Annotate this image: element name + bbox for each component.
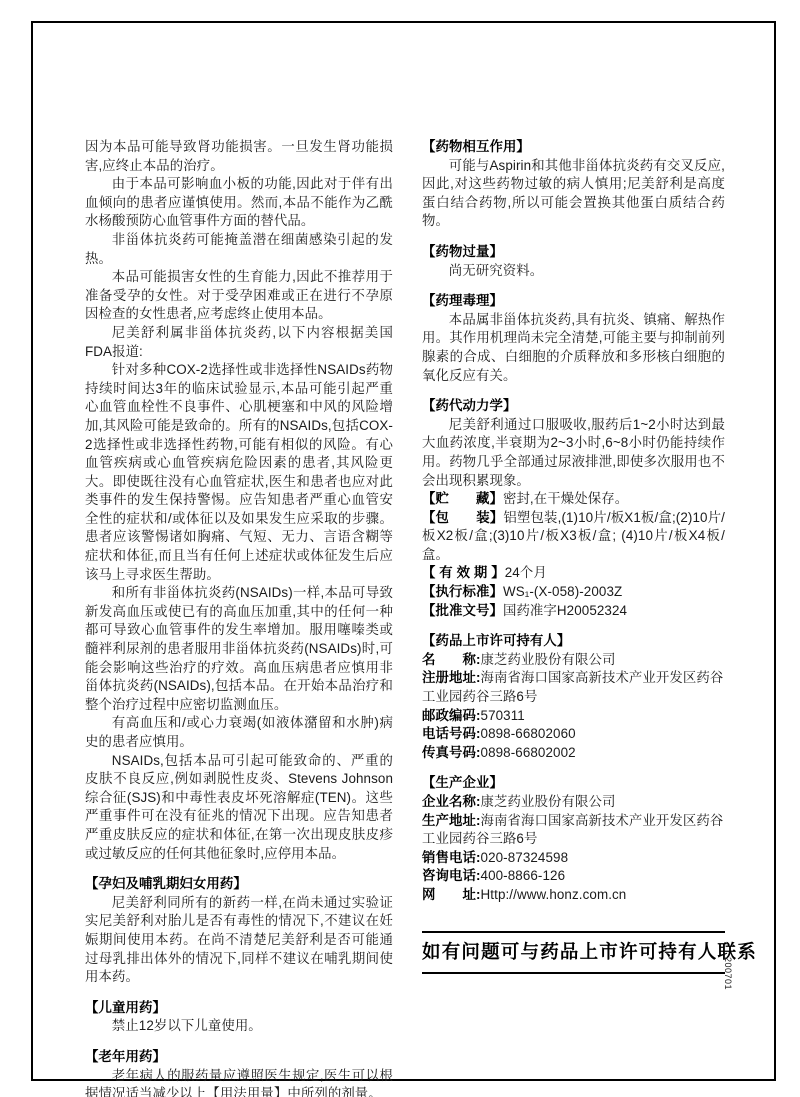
field-value: 400-8866-126: [481, 868, 566, 883]
field-value: Http://www.honz.com.cn: [481, 887, 627, 902]
manufacturer-address: 生产地址:海南省海口国家高新技术产业开发区药谷工业园药谷三路6号: [422, 812, 725, 849]
section-heading-pharmacokinetics: 【药代动力学】: [422, 397, 725, 416]
field-value: 020-87324598: [481, 850, 569, 865]
paragraph: 尼美舒利通过口服吸收,服药后1~2小时达到最大血药浓度,半衰期为2~3小时,6~…: [422, 416, 725, 490]
field-label: 电话号码:: [422, 726, 481, 741]
holder-postcode: 邮政编码:570311: [422, 707, 725, 726]
section-heading-pregnancy: 【孕妇及哺乳期妇女用药】: [85, 875, 393, 894]
field-label: 咨询电话:: [422, 868, 481, 883]
section-heading-elderly: 【老年用药】: [85, 1048, 393, 1067]
paragraph: 尼美舒利属非甾体抗炎药,以下内容根据美国FDA报道:: [85, 324, 393, 361]
paragraph: 老年病人的服药量应遵照医生规定,医生可以根据情况适当减少以上【用法用量】中所列的…: [85, 1067, 393, 1097]
holder-fax: 传真号码:0898-66802002: [422, 744, 725, 763]
paragraph: 本品可能损害女性的生育能力,因此不推荐用于准备受孕的女性。对于受孕困难或正在进行…: [85, 268, 393, 324]
field-label: 网 址:: [422, 887, 481, 902]
standard-label: 【执行标准】: [422, 584, 503, 599]
section-heading-interactions: 【药物相互作用】: [422, 138, 725, 157]
paragraph: 本品属非甾体抗炎药,具有抗炎、镇痛、解热作用。其作用机理尚未完全清楚,可能主要与…: [422, 311, 725, 385]
paragraph: 可能与Aspirin和其他非甾体抗炎药有交叉反应,因此,对这些药物过敏的病人慎用…: [422, 157, 725, 231]
leaflet-page: 因为本品可能导致肾功能损害。一旦发生肾功能损害,应终止本品的治疗。 由于本品可影…: [0, 0, 800, 1097]
paragraph: 有高血压和/或心力衰竭(如液体潴留和水肿)病史的患者应慎用。: [85, 714, 393, 751]
paragraph: NSAIDs,包括本品可引起可能致命的、严重的皮肤不良反应,例如剥脱性皮炎、St…: [85, 752, 393, 864]
right-column: 【药物相互作用】 可能与Aspirin和其他非甾体抗炎药有交叉反应,因此,对这些…: [422, 138, 725, 974]
paragraph: 非甾体抗炎药可能掩盖潜在细菌感染引起的发热。: [85, 231, 393, 268]
approval-number-label: 【批准文号】: [422, 603, 503, 618]
section-heading-pharmacology: 【药理毒理】: [422, 292, 725, 311]
section-heading-overdose: 【药物过量】: [422, 243, 725, 262]
field-label: 企业名称:: [422, 794, 481, 809]
field-value: 570311: [481, 708, 525, 723]
packaging-label: 【包 装】: [422, 510, 503, 525]
field-label: 生产地址:: [422, 813, 481, 828]
paragraph: 禁止12岁以下儿童使用。: [85, 1017, 393, 1036]
field-value: 0898-66802002: [481, 745, 576, 760]
field-value: 康芝药业股份有限公司: [481, 794, 616, 809]
batch-code: 200701: [723, 957, 733, 990]
paragraph: 由于本品可影响血小板的功能,因此对于伴有出血倾向的患者应谨慎使用。然而,本品不能…: [85, 175, 393, 231]
section-heading-license-holder: 【药品上市许可持有人】: [422, 632, 725, 651]
field-label: 传真号码:: [422, 745, 481, 760]
packaging-item: 【包 装】铝塑包装,(1)10片/板X1板/盒;(2)10片/板X2板/盒;(3…: [422, 509, 725, 565]
website: 网 址:Http://www.honz.com.cn: [422, 886, 725, 905]
consult-phone: 咨询电话:400-8866-126: [422, 867, 725, 886]
paragraph: 尼美舒利同所有的新药一样,在尚未通过实验证实尼美舒利对胎儿是否有毒性的情况下,不…: [85, 894, 393, 987]
field-label: 名 称:: [422, 652, 481, 667]
footer-notice: 如有问题可与药品上市许可持有人联系: [422, 931, 725, 974]
section-heading-manufacturer: 【生产企业】: [422, 774, 725, 793]
holder-name: 名 称:康芝药业股份有限公司: [422, 651, 725, 670]
holder-phone: 电话号码:0898-66802060: [422, 725, 725, 744]
approval-number-item: 【批准文号】国药准字H20052324: [422, 602, 725, 621]
shelf-life-item: 【 有 效 期 】24个月: [422, 564, 725, 583]
paragraph: 针对多种COX-2选择性或非选择性NSAIDs药物持续时间达3年的临床试验显示,…: [85, 361, 393, 584]
paragraph: 和所有非甾体抗炎药(NSAIDs)一样,本品可导致新发高血压或使已有的高血压加重…: [85, 584, 393, 714]
sales-phone: 销售电话:020-87324598: [422, 849, 725, 868]
holder-registered-address: 注册地址:海南省海口国家高新技术产业开发区药谷工业园药谷三路6号: [422, 669, 725, 706]
field-label: 注册地址:: [422, 670, 481, 685]
paragraph: 因为本品可能导致肾功能损害。一旦发生肾功能损害,应终止本品的治疗。: [85, 138, 393, 175]
storage-item: 【贮 藏】密封,在干燥处保存。: [422, 490, 725, 509]
storage-label: 【贮 藏】: [422, 491, 503, 506]
storage-value: 密封,在干燥处保存。: [503, 491, 628, 506]
shelf-life-label: 【 有 效 期 】: [422, 565, 505, 580]
field-label: 邮政编码:: [422, 708, 481, 723]
field-label: 销售电话:: [422, 850, 481, 865]
field-value: 康芝药业股份有限公司: [481, 652, 616, 667]
shelf-life-value: 24个月: [505, 565, 547, 580]
standard-value: WS₁-(X-058)-2003Z: [503, 584, 622, 599]
field-value: 0898-66802060: [481, 726, 576, 741]
section-heading-children: 【儿童用药】: [85, 999, 393, 1018]
left-column: 因为本品可能导致肾功能损害。一旦发生肾功能损害,应终止本品的治疗。 由于本品可影…: [85, 138, 393, 1097]
standard-item: 【执行标准】WS₁-(X-058)-2003Z: [422, 583, 725, 602]
paragraph: 尚无研究资料。: [422, 262, 725, 281]
manufacturer-name: 企业名称:康芝药业股份有限公司: [422, 793, 725, 812]
approval-number-value: 国药准字H20052324: [503, 603, 627, 618]
